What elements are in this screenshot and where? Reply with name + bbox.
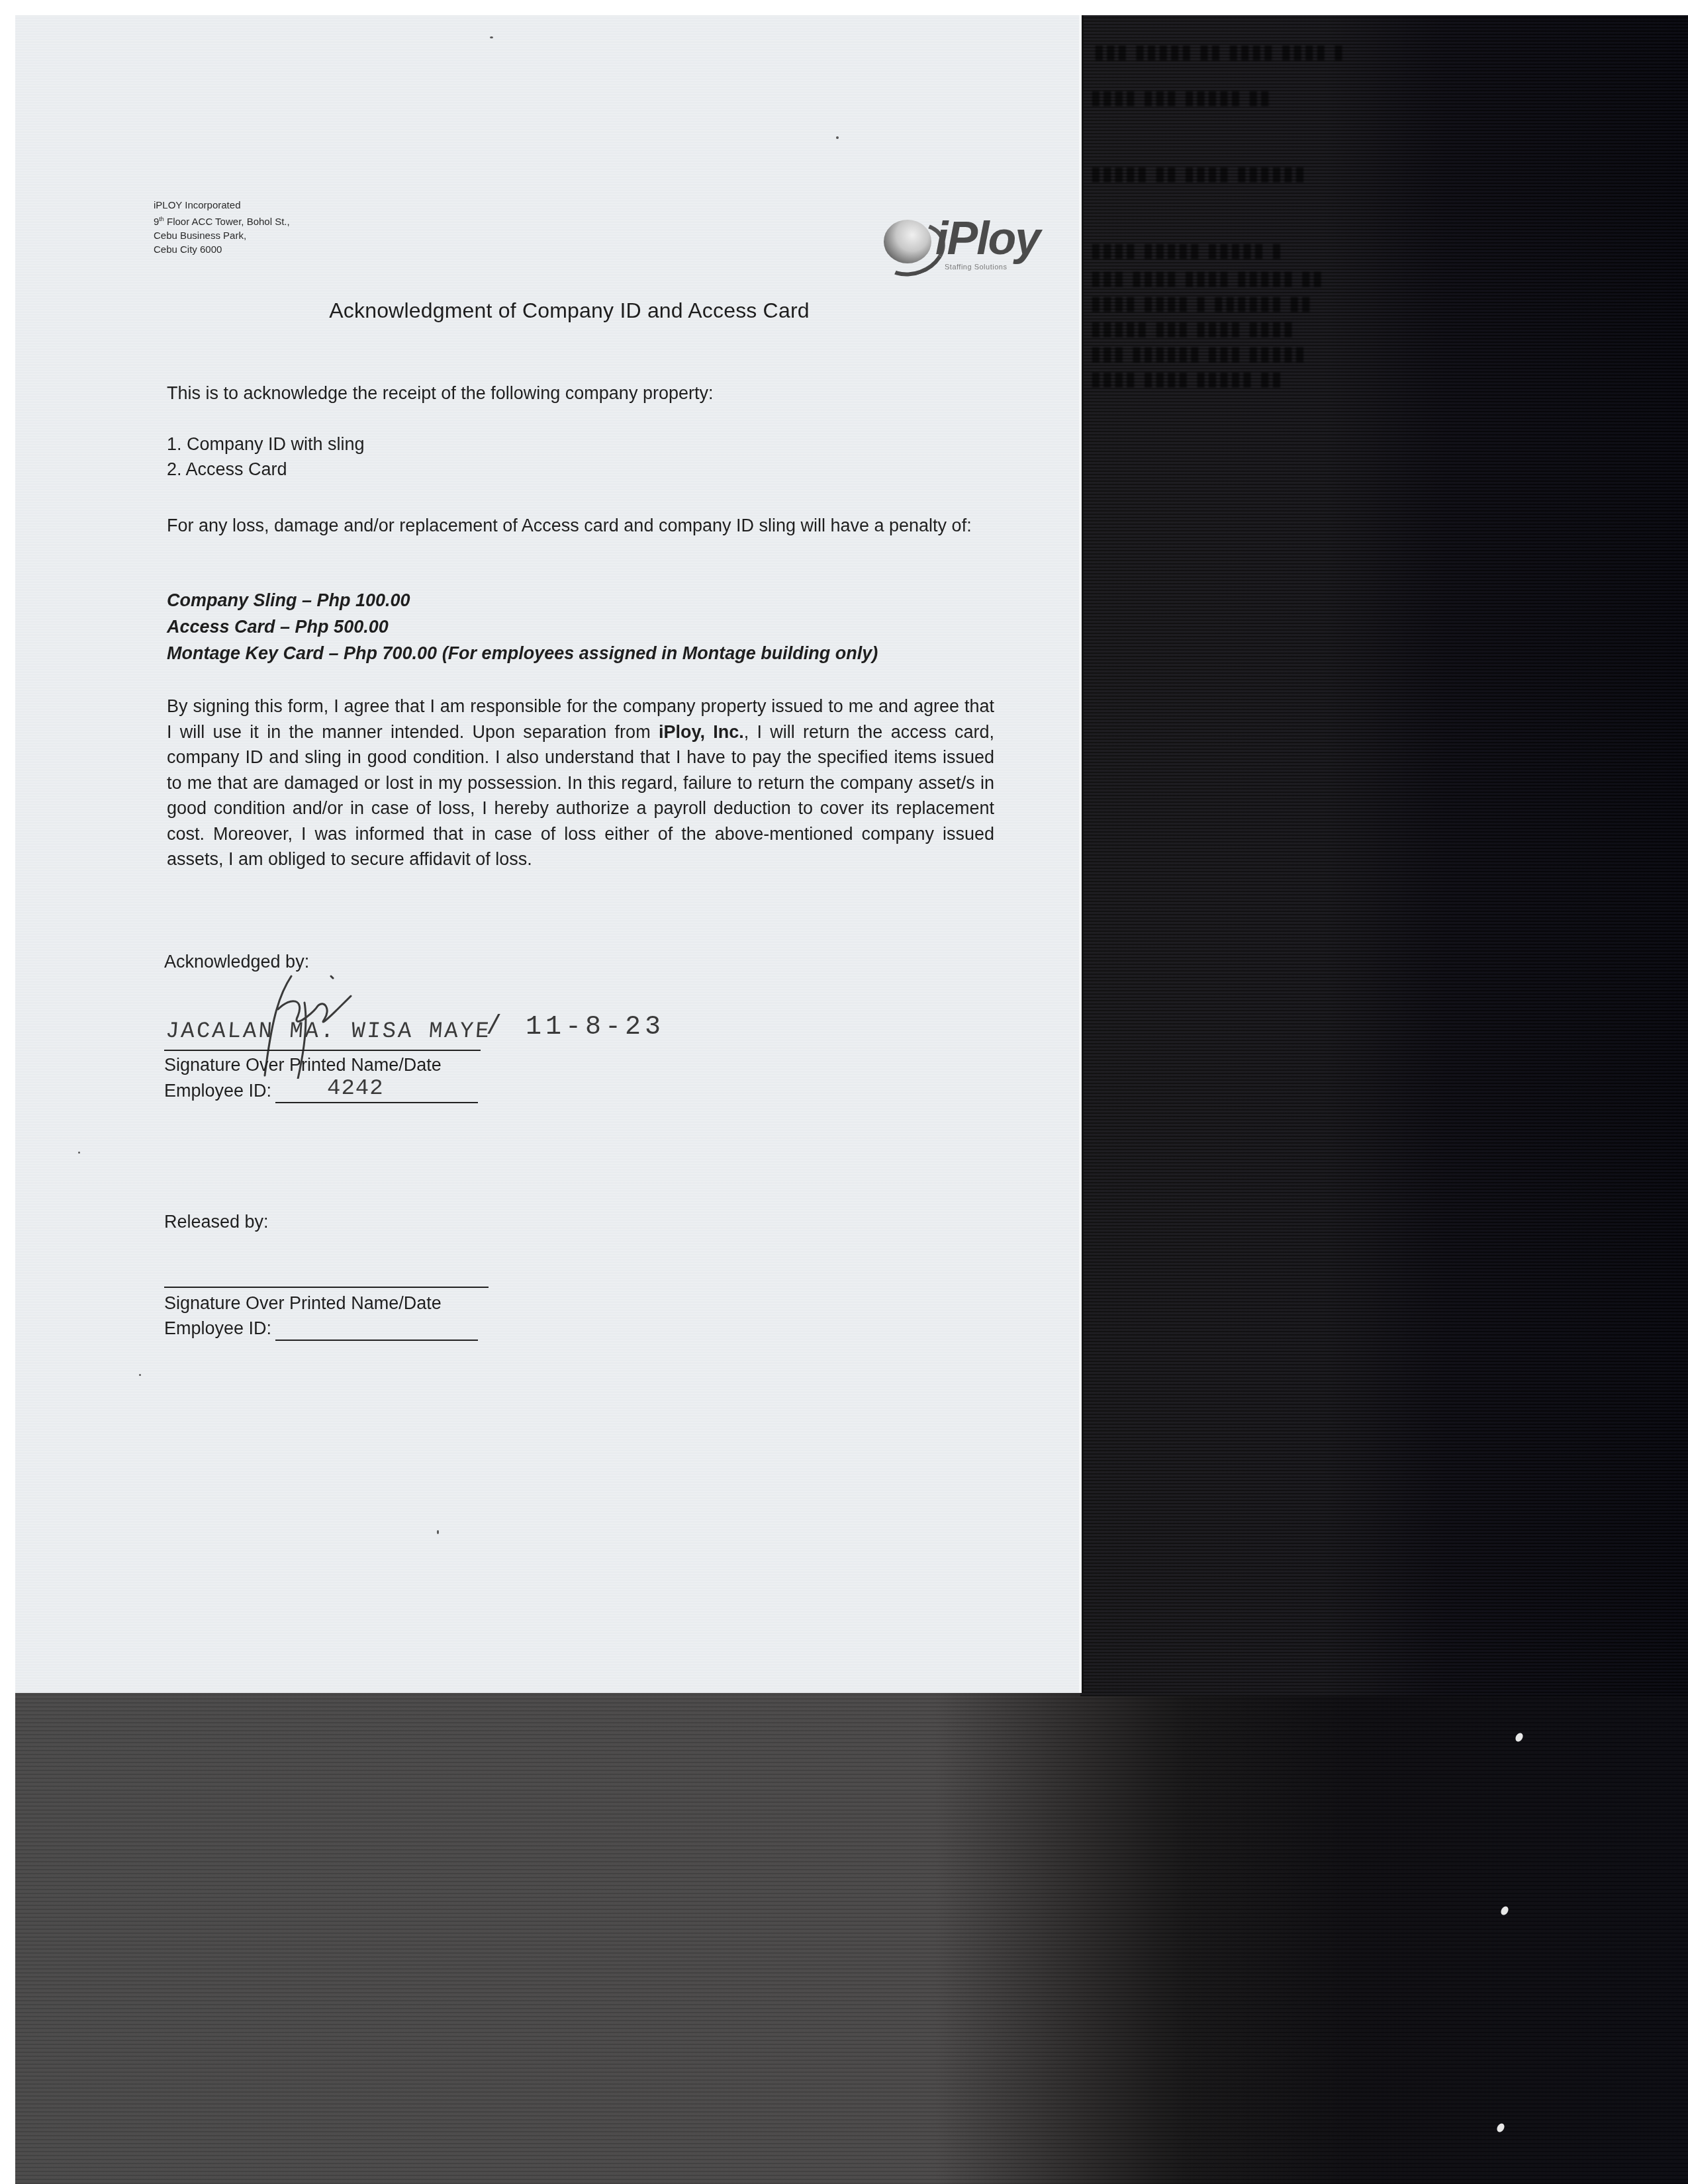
address-line-3: Cebu City 6000	[154, 243, 290, 257]
scanner-bed-right-region: ▮▮▮ ▮▮▮▮▮ ▮▮ ▮▮▮▮ ▮▮▮▮ ▮ ▮▮▮▮ ▮▮▮ ▮▮▮▮▮ …	[1080, 15, 1688, 1696]
property-item: 2. Access Card	[167, 457, 994, 482]
penalty-list: Company Sling – Php 100.00 Access Card –…	[167, 588, 994, 667]
signature-caption: Signature Over Printed Name/Date	[164, 1293, 442, 1314]
intro-paragraph: This is to acknowledge the receipt of th…	[167, 381, 994, 406]
bleed-through-text: ▮▮▮▮ ▮▮▮▮▮ ▮▮▮▮▮ ▮	[1090, 239, 1283, 262]
dust-speck	[78, 1152, 80, 1154]
property-item: 1. Company ID with sling	[167, 432, 994, 457]
address-line-1: 9th Floor ACC Tower, Bohol St.,	[154, 212, 290, 229]
letterhead-address: iPLOY Incorporated 9th Floor ACC Tower, …	[154, 199, 290, 257]
property-list: 1. Company ID with sling 2. Access Card	[167, 432, 994, 482]
bleed-through-text: ▮▮▮▮▮ ▮▮ ▮▮▮▮ ▮▮▮▮▮▮	[1090, 162, 1306, 185]
employee-id-line	[275, 1340, 478, 1341]
penalty-item: Montage Key Card – Php 700.00 (For emplo…	[167, 641, 994, 667]
bleed-through-text: ▮▮▮▮ ▮▮▮ ▮▮▮▮▮ ▮▮	[1090, 86, 1271, 109]
handwritten-date: / 11-8-23	[486, 1013, 665, 1042]
dust-speck	[139, 1374, 141, 1376]
signature-line	[164, 1287, 489, 1288]
penalty-item: Access Card – Php 500.00	[167, 614, 994, 641]
address-line-2: Cebu Business Park,	[154, 229, 290, 243]
bleed-through-text: ▮▮▮▮ ▮▮▮▮ ▮▮▮▮▮ ▮▮	[1090, 367, 1283, 390]
logo-tagline: Staffing Solutions	[945, 263, 1007, 271]
employee-id-value: 4242	[327, 1076, 384, 1101]
dust-speck	[490, 36, 493, 38]
handwritten-printed-name: JACALAN MA. WISA MAYE	[165, 1019, 492, 1044]
iploy-logo: iPloy Staffing Solutions	[864, 210, 1036, 277]
agreement-paragraph: By signing this form, I agree that I am …	[167, 694, 994, 872]
penalty-item: Company Sling – Php 100.00	[167, 588, 994, 614]
signature-caption: Signature Over Printed Name/Date	[164, 1055, 442, 1075]
employee-id-label: Employee ID:	[164, 1081, 271, 1101]
signature-line	[164, 1050, 481, 1051]
dust-speck	[836, 136, 839, 139]
dust-speck	[437, 1530, 439, 1534]
employee-id-line	[275, 1102, 478, 1103]
penalty-intro-paragraph: For any loss, damage and/or replacement …	[167, 513, 994, 538]
company-name: iPLOY Incorporated	[154, 199, 290, 212]
logo-wordmark: iPloy	[935, 214, 1039, 262]
document-title: Acknowledgment of Company ID and Access …	[0, 298, 1139, 323]
released-by-label: Released by:	[164, 1212, 269, 1232]
bleed-through-text: ▮▮▮ ▮▮▮▮ ▮▮▮▮ ▮▮▮▮▮ ▮▮	[1090, 267, 1324, 290]
company-name-bold: iPloy, Inc.	[659, 722, 744, 742]
employee-id-label: Employee ID:	[164, 1318, 271, 1339]
bleed-through-text: ▮▮▮ ▮▮▮▮▮▮ ▮▮▮ ▮▮▮▮▮	[1090, 342, 1306, 365]
bleed-through-text: ▮▮▮ ▮▮▮▮▮ ▮▮ ▮▮▮▮ ▮▮▮▮ ▮	[1094, 40, 1344, 64]
